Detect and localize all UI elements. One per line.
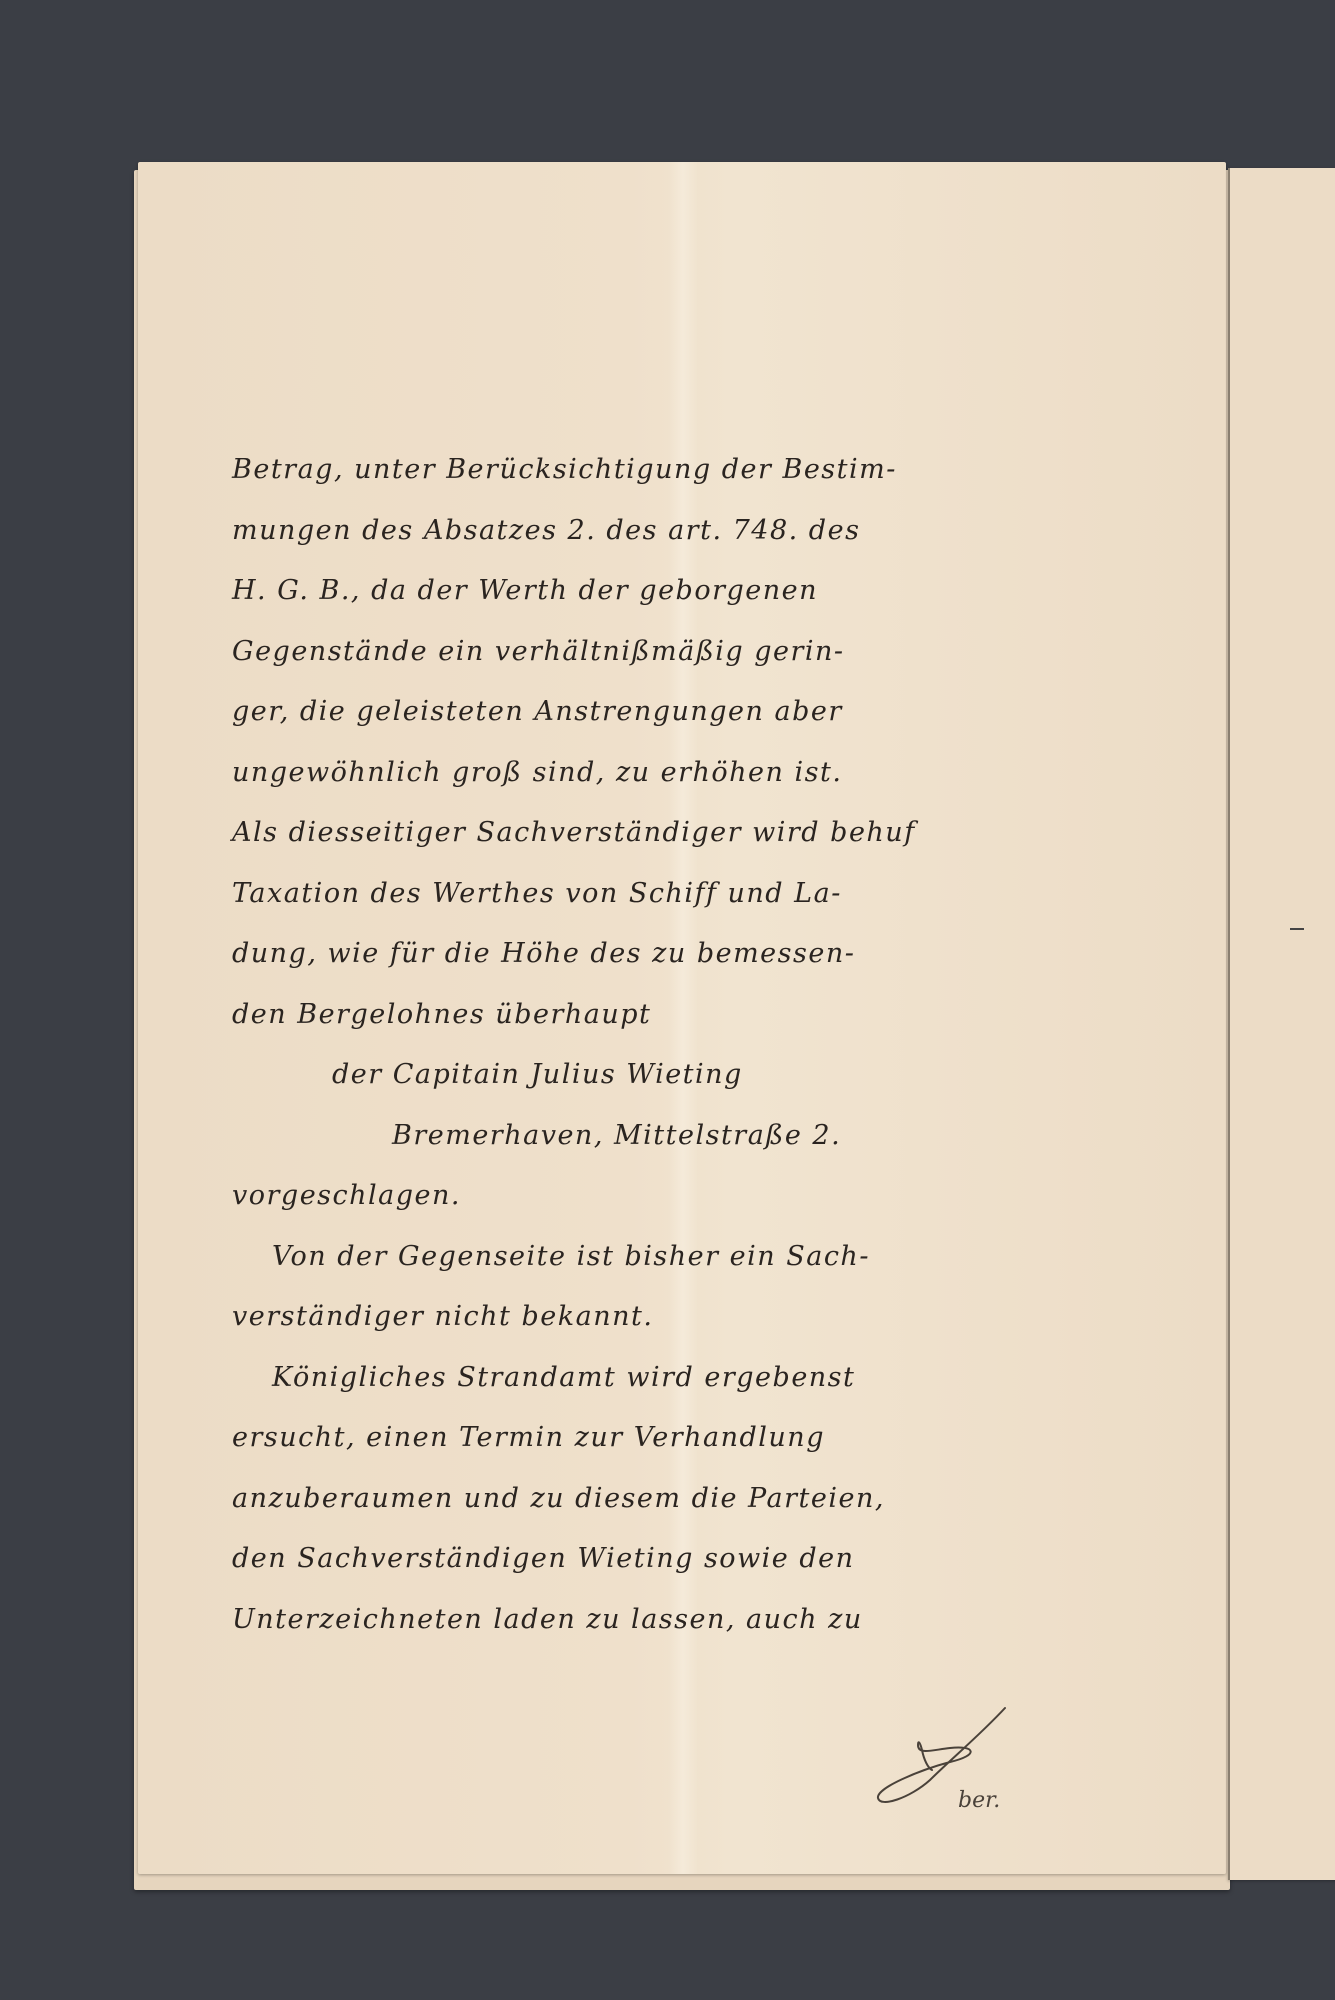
adjacent-page-ink-mark	[1290, 928, 1304, 930]
text-line: ungewöhnlich groß sind, zu erhöhen ist.	[232, 743, 1192, 804]
text-line: Unterzeichneten laden zu lassen, auch zu	[232, 1590, 1192, 1651]
text-line-expert-name: der Capitain Julius Wieting	[232, 1045, 1192, 1106]
text-line: mungen des Absatzes 2. des art. 748. des	[232, 501, 1192, 562]
text-line: ersucht, einen Termin zur Verhandlung	[232, 1408, 1192, 1469]
text-line: anzuberaumen und zu diesem die Parteien,	[232, 1469, 1192, 1530]
adjacent-page-edge	[1228, 168, 1335, 1880]
handwritten-text-body: Betrag, unter Berücksichtigung der Besti…	[232, 440, 1192, 1650]
text-line: Betrag, unter Berücksichtigung der Besti…	[232, 440, 1192, 501]
text-line: Als diesseitiger Sachverständiger wird b…	[232, 803, 1192, 864]
text-line: den Bergelohnes überhaupt	[232, 985, 1192, 1046]
paraph-flourish-icon	[870, 1700, 1030, 1810]
catchword: ber.	[958, 1788, 1000, 1813]
text-line: verständiger nicht bekannt.	[232, 1287, 1192, 1348]
text-line: Königliches Strandamt wird ergebenst	[232, 1348, 1192, 1409]
text-line: Gegenstände ein verhältnißmäßig gerin-	[232, 622, 1192, 683]
text-line: H. G. B., da der Werth der geborgenen	[232, 561, 1192, 622]
text-line: den Sachverständigen Wieting sowie den	[232, 1529, 1192, 1590]
text-line-address: Bremerhaven, Mittelstraße 2.	[232, 1106, 1192, 1167]
text-line: ger, die geleisteten Anstrengungen aber	[232, 682, 1192, 743]
text-line: Taxation des Werthes von Schiff und La-	[232, 864, 1192, 925]
text-line: vorgeschlagen.	[232, 1166, 1192, 1227]
text-line: Von der Gegenseite ist bisher ein Sach-	[232, 1227, 1192, 1288]
text-line: dung, wie für die Höhe des zu bemessen-	[232, 924, 1192, 985]
